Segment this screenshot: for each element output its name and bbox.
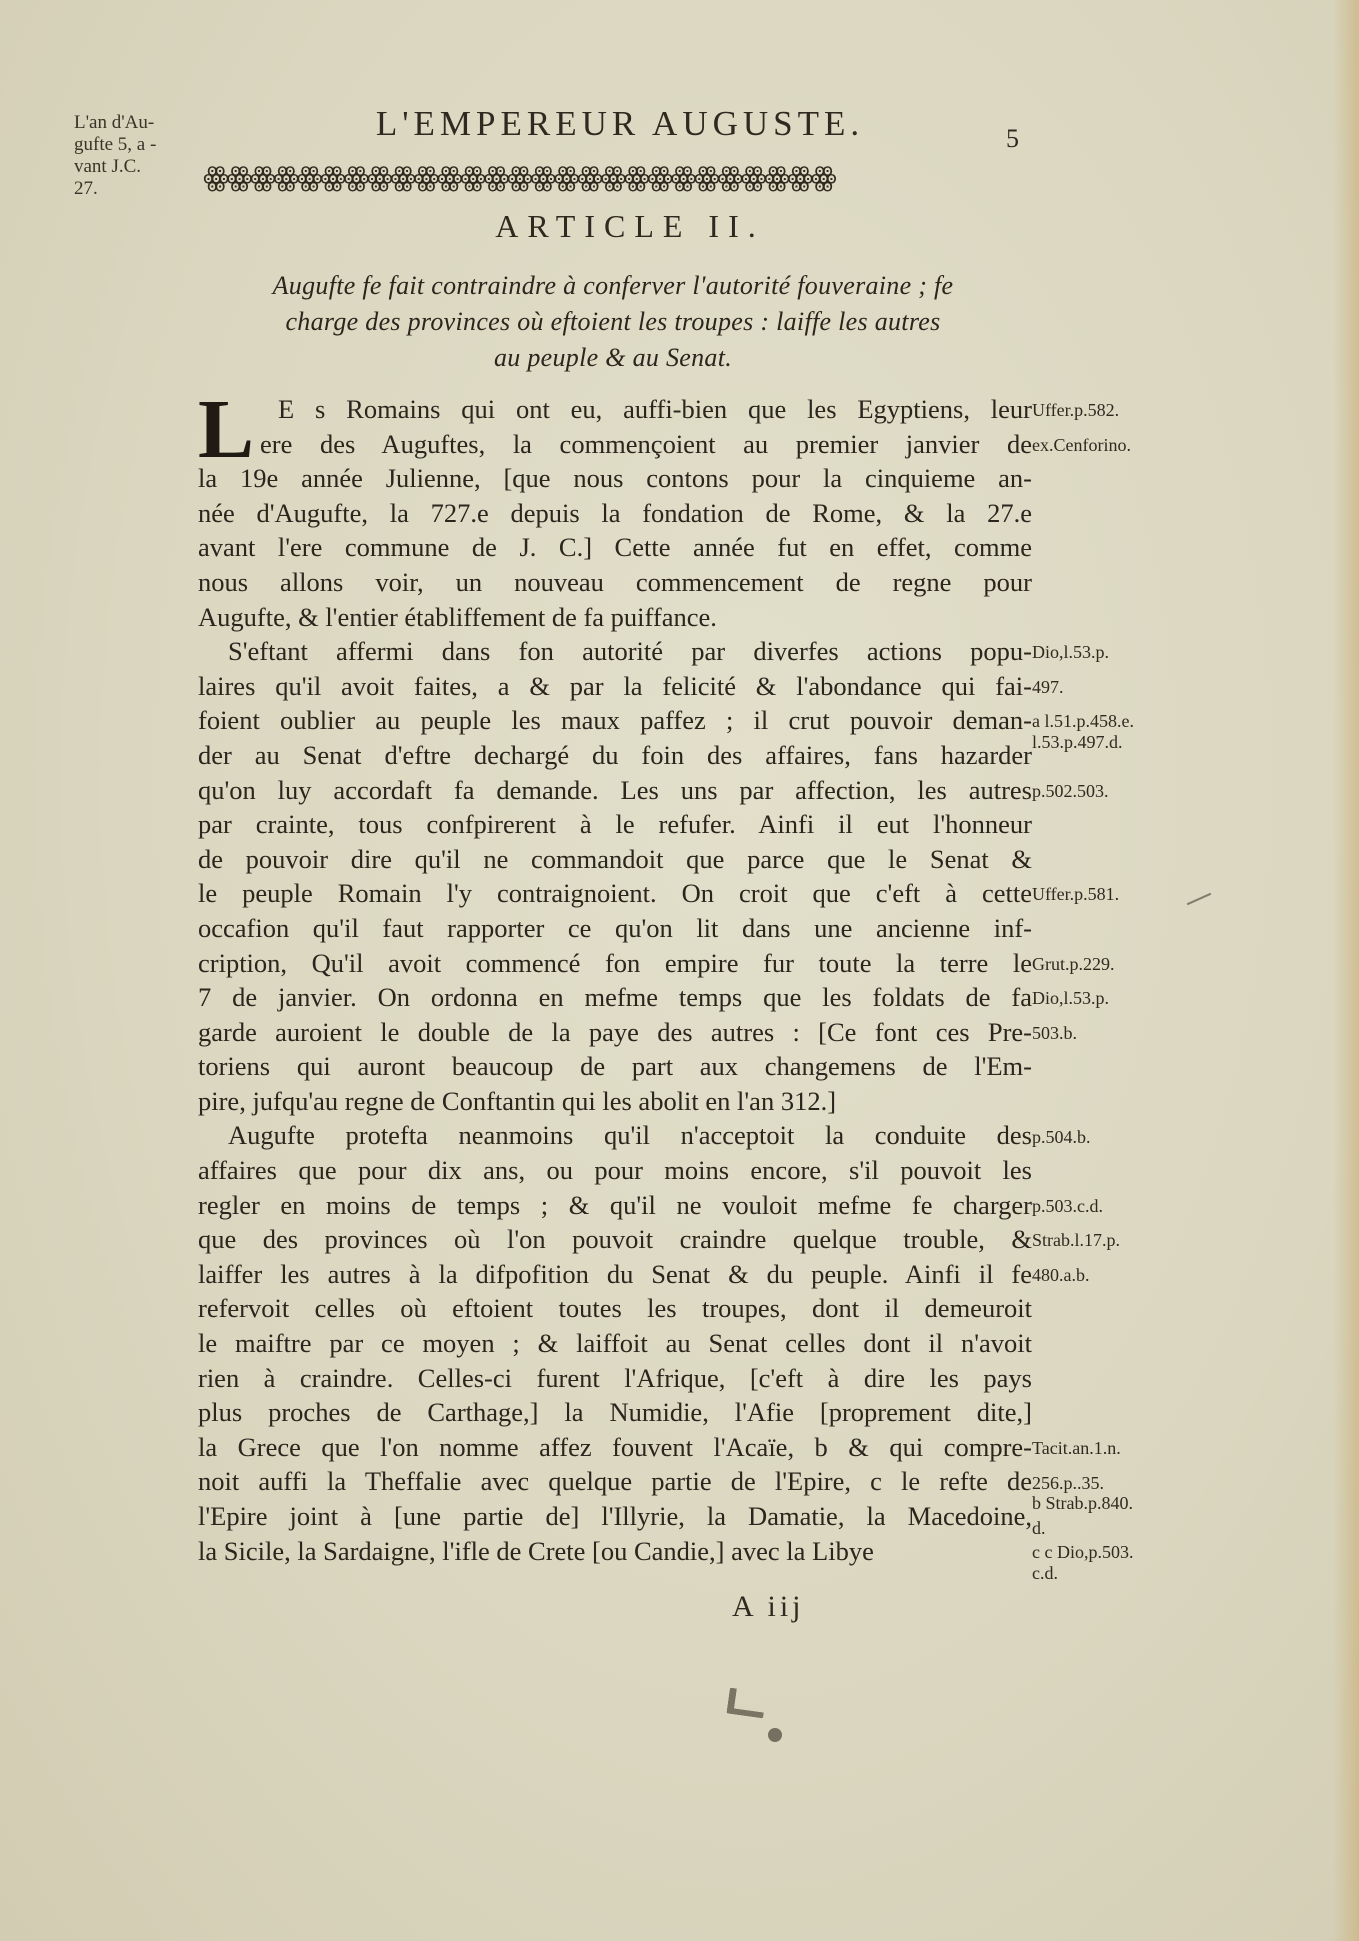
margin-citation: Grut.p.229. xyxy=(1032,954,1212,974)
body-line: par crainte, tous confpirerent à le refu… xyxy=(198,807,1032,842)
margin-citation: p.504.b. xyxy=(1032,1127,1212,1147)
margin-citation: p.502.503. xyxy=(1032,781,1212,801)
body-text: E s Romains qui ont eu, auffi-bien que l… xyxy=(198,392,1032,1568)
body-line: la 19e année Julienne, [que nous contons… xyxy=(198,461,1032,496)
margin-citation: c c Dio,p.503. xyxy=(1032,1542,1212,1562)
margin-citation: Tacit.an.1.n. xyxy=(1032,1438,1212,1458)
margin-citation: l.53.p.497.d. xyxy=(1032,732,1212,752)
left-margin-line: vant J.C. xyxy=(74,156,204,178)
margin-citation: c.d. xyxy=(1032,1563,1212,1583)
ornament-icon: ꙮꙮꙮꙮꙮꙮꙮꙮꙮꙮꙮꙮꙮꙮꙮꙮꙮꙮꙮꙮꙮꙮꙮꙮꙮꙮꙮ xyxy=(203,161,834,193)
body-line: Augufte protefta neanmoins qu'il n'accep… xyxy=(198,1118,1032,1153)
ink-smudge xyxy=(726,1688,766,1719)
margin-citation: d. xyxy=(1032,1518,1212,1538)
body-line: le maiftre par ce moyen ; & laiffoit au … xyxy=(198,1326,1032,1361)
left-margin-line: L'an d'Au- xyxy=(74,112,204,134)
margin-citation: 497. xyxy=(1032,677,1212,697)
body-line: noit auffi la Theffalie avec quelque par… xyxy=(198,1464,1032,1499)
page-number: 5 xyxy=(1006,124,1019,154)
body-line: foient oublier au peuple les maux paffez… xyxy=(198,703,1032,738)
body-line: l'Epire joint à [une partie de] l'Illyri… xyxy=(198,1499,1032,1534)
body-line: avant l'ere commune de J. C.] Cette anné… xyxy=(198,530,1032,565)
left-margin-note: L'an d'Au- gufte 5, a - vant J.C. 27. xyxy=(74,112,204,200)
body-line: Augufte, & l'entier établiffement de fa … xyxy=(198,600,1032,635)
margin-citation: b Strab.p.840. xyxy=(1032,1493,1212,1513)
body-line: qu'on luy accordaft fa demande. Les uns … xyxy=(198,773,1032,808)
body-line: rien à craindre. Celles-ci furent l'Afri… xyxy=(198,1361,1032,1396)
signature-mark: A iij xyxy=(732,1590,805,1624)
body-line: 7 de janvier. On ordonna en mefme temps … xyxy=(198,980,1032,1015)
left-margin-line: 27. xyxy=(74,178,204,200)
body-line: cription, Qu'il avoit commencé fon empir… xyxy=(198,946,1032,981)
body-line: S'eftant affermi dans fon autorité par d… xyxy=(198,634,1032,669)
margin-citation: a l.51.p.458.e. xyxy=(1032,711,1212,731)
decorative-ornament-band: ꙮꙮꙮꙮꙮꙮꙮꙮꙮꙮꙮꙮꙮꙮꙮꙮꙮꙮꙮꙮꙮꙮꙮꙮꙮꙮꙮ xyxy=(203,160,1025,194)
body-line: refervoit celles où eftoient toutes les … xyxy=(198,1291,1032,1326)
article-summary: Augufte fe fait contraindre à conferver … xyxy=(198,268,1028,376)
body-line: affaires que pour dix ans, ou pour moins… xyxy=(198,1153,1032,1188)
body-line: E s Romains qui ont eu, auffi-bien que l… xyxy=(198,392,1032,427)
body-line: garde auroient le double de la paye des … xyxy=(198,1015,1032,1050)
margin-citation: Strab.l.17.p. xyxy=(1032,1230,1212,1250)
book-page: L'an d'Au- gufte 5, a - vant J.C. 27. L'… xyxy=(0,0,1359,1941)
body-line: la Grece que l'on nomme affez fouvent l'… xyxy=(198,1430,1032,1465)
body-line: pire, jufqu'au regne de Conftantin qui l… xyxy=(198,1084,1032,1119)
margin-citation: Dio,l.53.p. xyxy=(1032,642,1212,662)
margin-citation: p.503.c.d. xyxy=(1032,1196,1212,1216)
margin-citation: Dio,l.53.p. xyxy=(1032,988,1212,1008)
body-line: le peuple Romain l'y contraignoient. On … xyxy=(198,876,1032,911)
body-line: der au Senat d'eftre dechargé du foin de… xyxy=(198,738,1032,773)
body-line: de pouvoir dire qu'il ne commandoit que … xyxy=(198,842,1032,877)
page-edge-shadow xyxy=(1333,0,1359,1941)
article-heading: ARTICLE II. xyxy=(330,208,930,245)
body-line: née d'Augufte, la 727.e depuis la fondat… xyxy=(198,496,1032,531)
body-line: nous allons voir, un nouveau commencemen… xyxy=(198,565,1032,600)
body-line: regler en moins de temps ; & qu'il ne vo… xyxy=(198,1188,1032,1223)
body-line: plus proches de Carthage,] la Numidie, l… xyxy=(198,1395,1032,1430)
summary-line: au peuple & au Senat. xyxy=(198,340,1028,376)
body-line: que des provinces où l'on pouvoit craind… xyxy=(198,1222,1032,1257)
ink-blot xyxy=(768,1728,782,1742)
margin-citation: Uffer.p.581. xyxy=(1032,884,1212,904)
body-line: ere des Auguftes, la commençoient au pre… xyxy=(198,427,1032,462)
body-line: laiffer les autres à la difpofition du S… xyxy=(198,1257,1032,1292)
left-margin-line: gufte 5, a - xyxy=(74,134,204,156)
body-line: la Sicile, la Sardaigne, l'ifle de Crete… xyxy=(198,1534,1032,1569)
body-line: laires qu'il avoit faites, a & par la fe… xyxy=(198,669,1032,704)
margin-citation: 256.p..35. xyxy=(1032,1473,1212,1493)
summary-line: charge des provinces où eftoient les tro… xyxy=(198,304,1028,340)
body-line: toriens qui auront beaucoup de part aux … xyxy=(198,1049,1032,1084)
margin-citation: Uffer.p.582. xyxy=(1032,400,1212,420)
margin-citation: 480.a.b. xyxy=(1032,1265,1212,1285)
body-line: occafion qu'il faut rapporter ce qu'on l… xyxy=(198,911,1032,946)
margin-citation: ex.Cenforino. xyxy=(1032,435,1212,455)
summary-line: Augufte fe fait contraindre à conferver … xyxy=(198,268,1028,304)
running-title: L'EMPEREUR AUGUSTE. xyxy=(310,104,930,144)
margin-citation: 503.b. xyxy=(1032,1023,1212,1043)
